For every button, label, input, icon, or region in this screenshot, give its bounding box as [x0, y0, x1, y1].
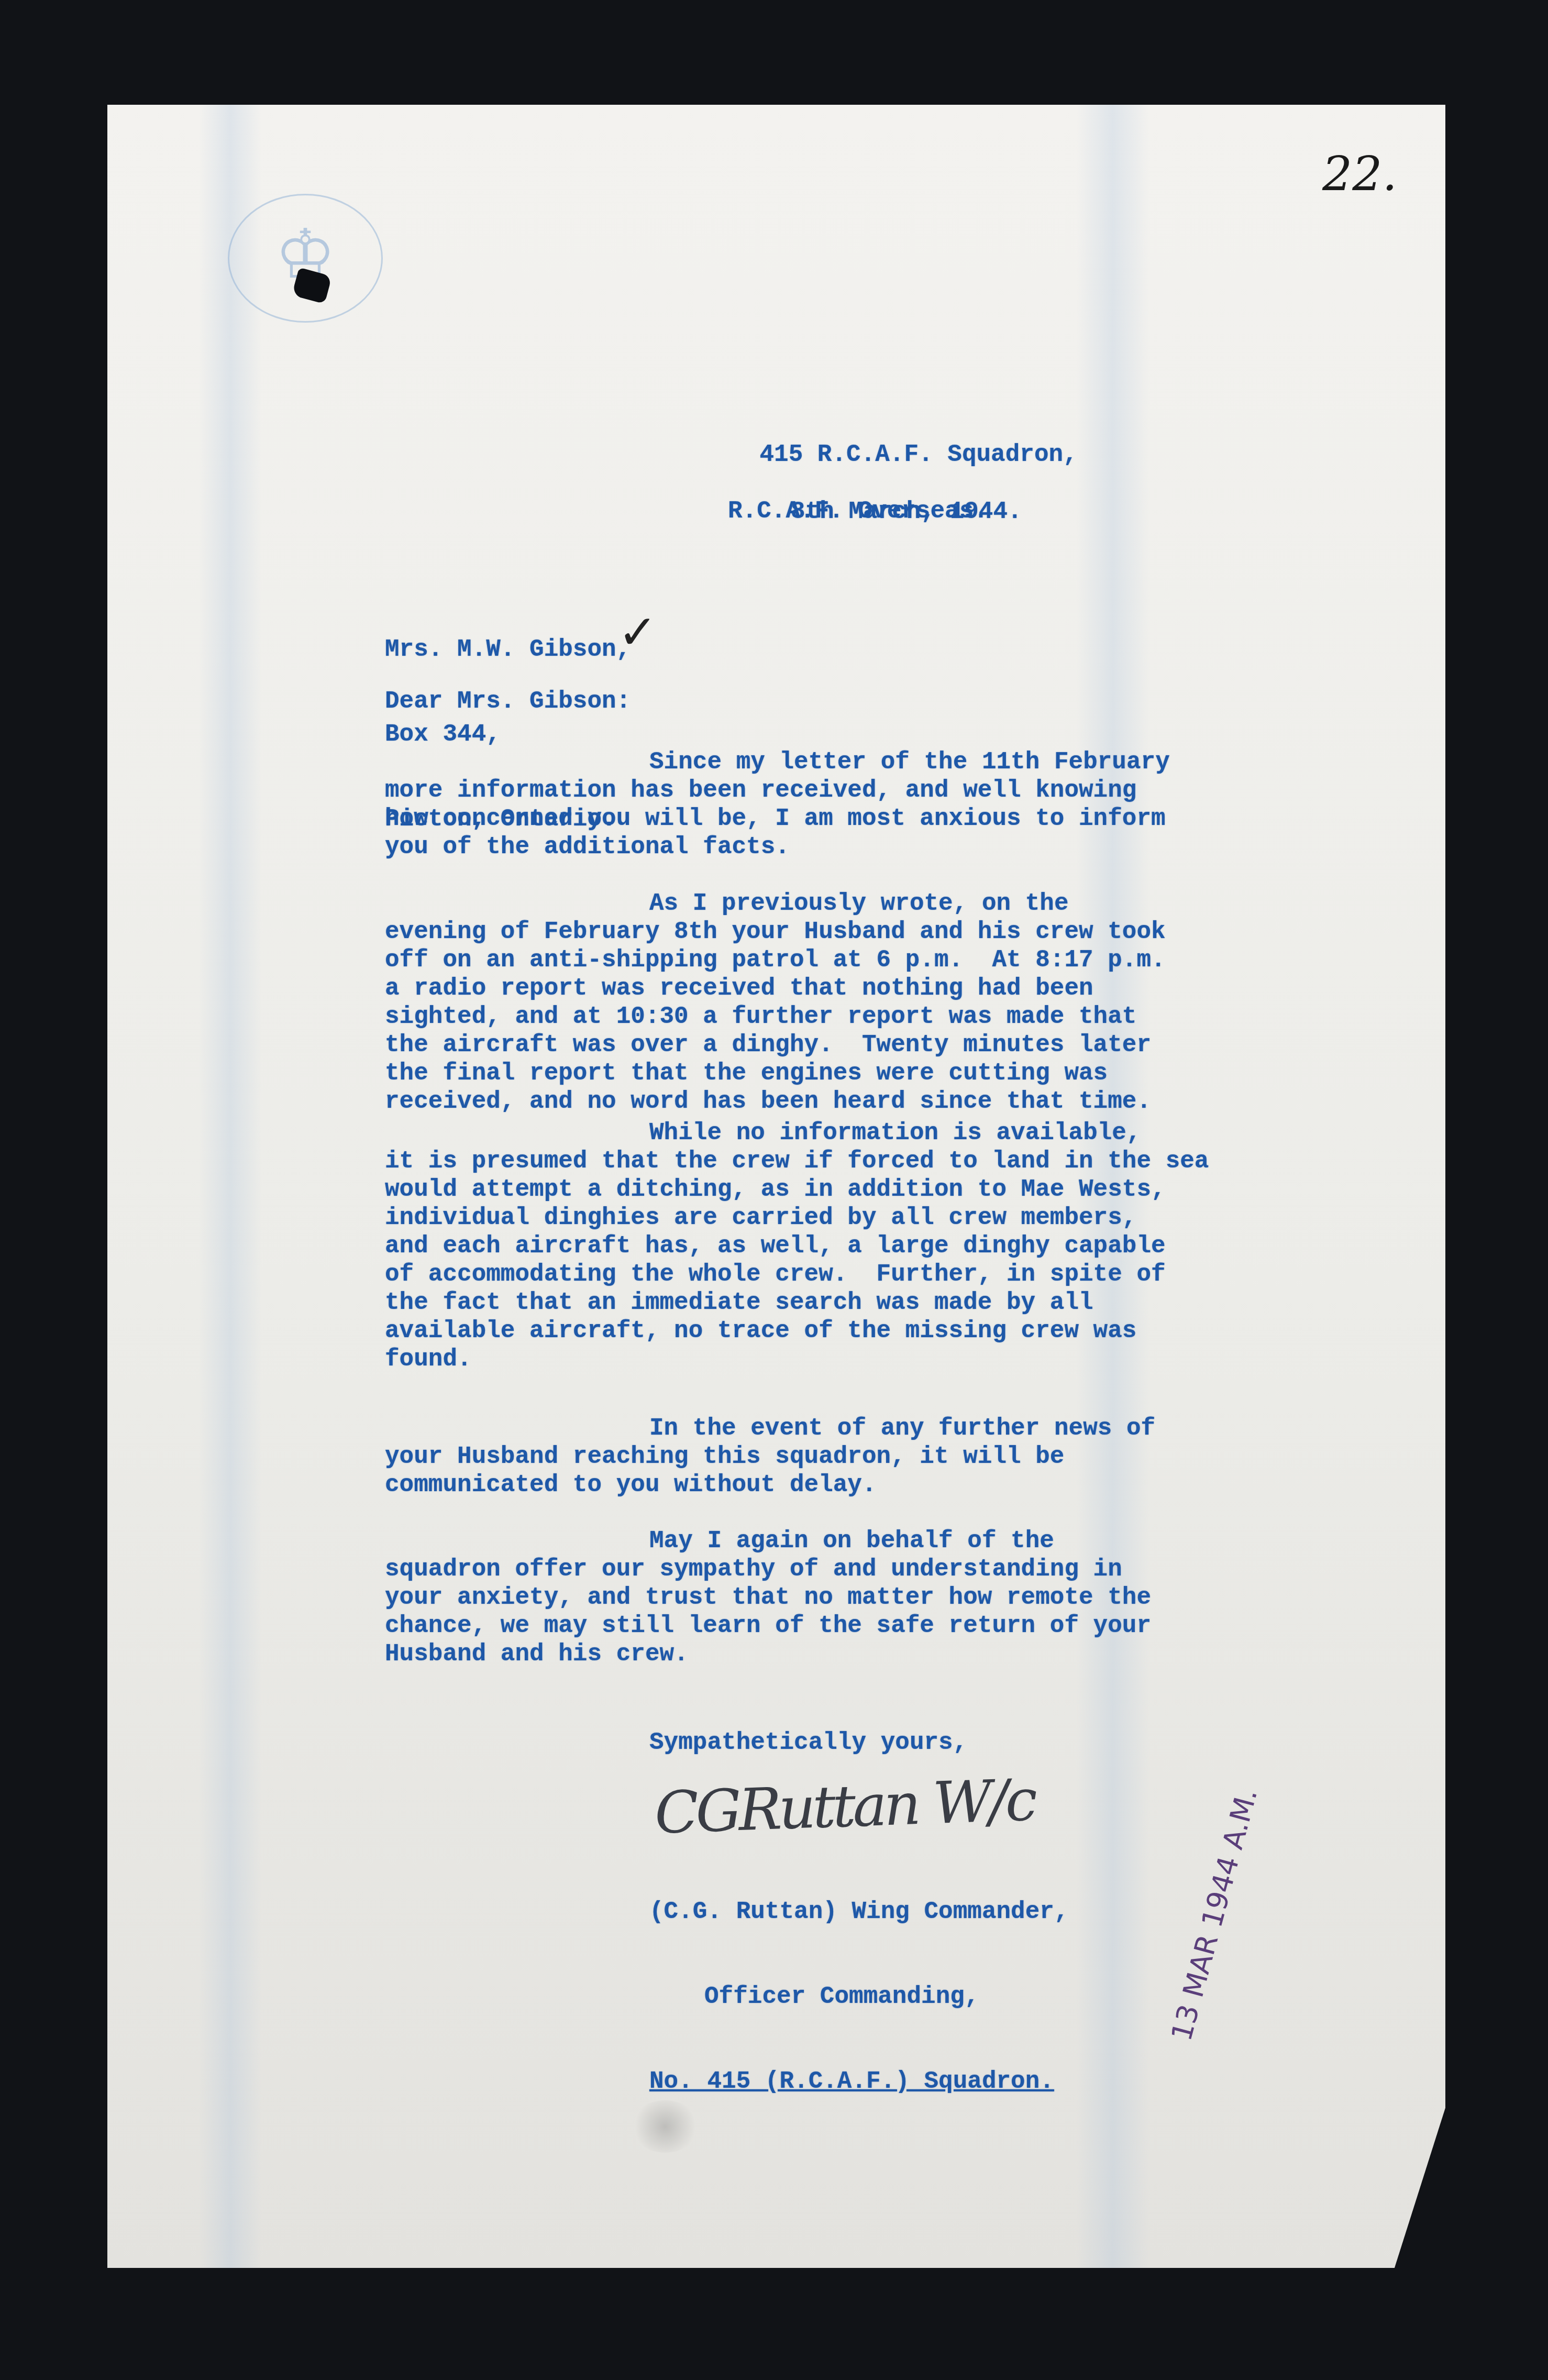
- signature-block: (C.G. Ruttan) Wing Commander, Officer Co…: [649, 1841, 1069, 2152]
- paragraph-line: While no information is available,: [385, 1119, 1209, 1147]
- paragraph-line: the final report that the engines were c…: [385, 1059, 1166, 1087]
- paragraph-line: you of the additional facts.: [385, 833, 1170, 861]
- paragraph-line: chance, we may still learn of the safe r…: [385, 1612, 1151, 1640]
- signatory-position: Officer Commanding,: [649, 1982, 1069, 2011]
- signatory-unit: No. 415 (R.C.A.F.) Squadron.: [649, 2067, 1069, 2096]
- paragraph-line: the aircraft was over a dinghy. Twenty m…: [385, 1031, 1166, 1059]
- paragraph-line: of accommodating the whole crew. Further…: [385, 1260, 1209, 1288]
- paragraph-line: May I again on behalf of the: [385, 1527, 1151, 1555]
- paragraph-line: the fact that an immediate search was ma…: [385, 1288, 1209, 1317]
- body-paragraph: Since my letter of the 11th Februarymore…: [385, 748, 1170, 861]
- paragraph-line: Husband and his crew.: [385, 1640, 1151, 1668]
- paragraph-line: more information has been received, and …: [385, 776, 1170, 805]
- paragraph-line: would attempt a ditching, as in addition…: [385, 1175, 1209, 1204]
- paragraph-line: how concerned you will be, I am most anx…: [385, 805, 1170, 833]
- paragraph-line: a radio report was received that nothing…: [385, 974, 1166, 1002]
- paper-smudge: [631, 2100, 699, 2153]
- paragraph-line: Since my letter of the 11th February: [385, 748, 1170, 776]
- body-paragraph: May I again on behalf of thesquadron off…: [385, 1527, 1151, 1668]
- recipient-box: Box 344,: [385, 720, 631, 748]
- paragraph-line: As I previously wrote, on the: [385, 889, 1166, 918]
- paragraph-line: and each aircraft has, as well, a large …: [385, 1232, 1209, 1260]
- salutation: Dear Mrs. Gibson:: [385, 687, 631, 715]
- paragraph-line: your anxiety, and trust that no matter h…: [385, 1583, 1151, 1612]
- paragraph-line: sighted, and at 10:30 a further report w…: [385, 1002, 1166, 1031]
- sender-unit: 415 R.C.A.F. Squadron,: [759, 441, 1077, 468]
- paragraph-line: found.: [385, 1345, 1209, 1373]
- paragraph-line: it is presumed that the crew if forced t…: [385, 1147, 1209, 1175]
- paragraph-line: available aircraft, no trace of the miss…: [385, 1317, 1209, 1345]
- paragraph-line: individual dinghies are carried by all c…: [385, 1204, 1209, 1232]
- folio-number: 22.: [1322, 147, 1397, 202]
- check-mark-icon: ✓: [618, 605, 657, 660]
- body-paragraph: As I previously wrote, on theevening of …: [385, 889, 1166, 1116]
- body-paragraph: In the event of any further news ofyour …: [385, 1414, 1155, 1499]
- handwritten-signature: CGRuttan W/c: [654, 1766, 1035, 1846]
- received-date-stamp: 13 MAR 1944 A.M.: [1165, 1785, 1264, 2044]
- paragraph-line: In the event of any further news of: [385, 1414, 1155, 1442]
- paragraph-line: evening of February 8th your Husband and…: [385, 918, 1166, 946]
- paragraph-line: your Husband reaching this squadron, it …: [385, 1442, 1155, 1471]
- body-paragraph: While no information is available,it is …: [385, 1119, 1209, 1373]
- paragraph-line: communicated to you without delay.: [385, 1471, 1155, 1499]
- paragraph-line: off on an anti-shipping patrol at 6 p.m.…: [385, 946, 1166, 974]
- royal-arms-embossed-seal: ♔: [228, 194, 383, 323]
- letter-page: ♔ 22. 415 R.C.A.F. Squadron, R.C.A.F. Ov…: [107, 105, 1445, 2268]
- paragraph-line: squadron offer our sympathy of and under…: [385, 1555, 1151, 1583]
- sender-header: 415 R.C.A.F. Squadron, R.C.A.F. Overseas…: [702, 412, 1078, 582]
- recipient-name: Mrs. M.W. Gibson,: [385, 635, 631, 664]
- signatory-name-rank: (C.G. Ruttan) Wing Commander,: [649, 1898, 1069, 1926]
- letter-date: 8th March, 1944.: [791, 498, 1022, 526]
- carbon-streak: [199, 105, 262, 2268]
- paragraph-line: received, and no word has been heard sin…: [385, 1087, 1166, 1116]
- closing: Sympathetically yours,: [649, 1728, 967, 1757]
